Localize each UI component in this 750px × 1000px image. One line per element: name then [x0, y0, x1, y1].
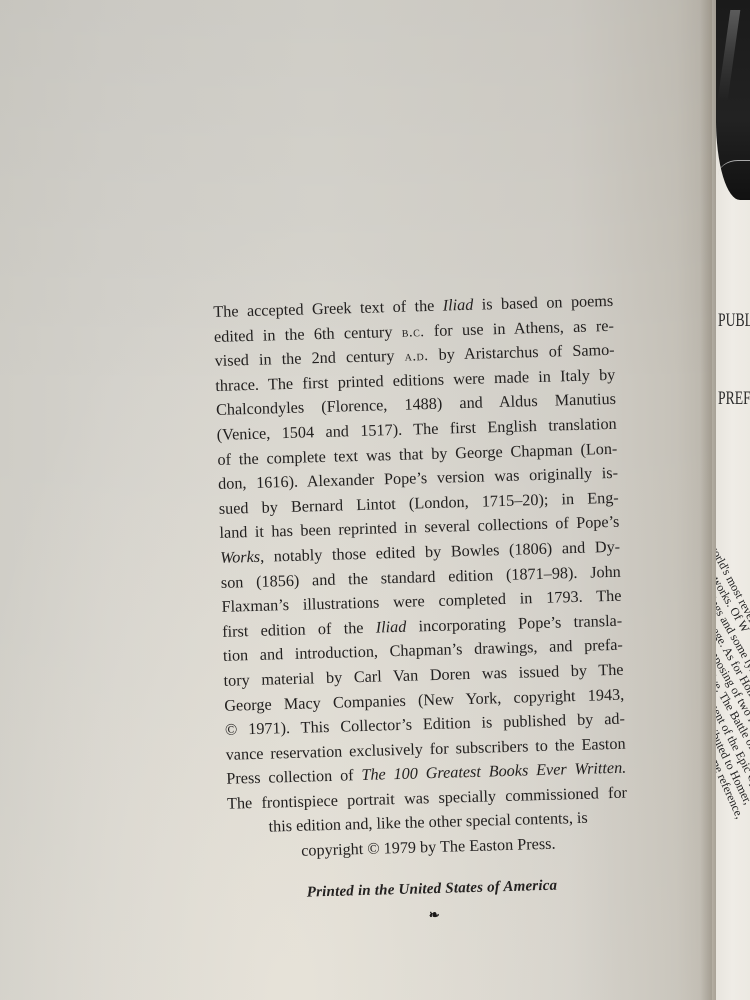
- title-works: Works: [220, 548, 260, 567]
- book-spread-photo: The accepted Greek text of the Iliad is …: [0, 0, 750, 1000]
- facing-heading-publisher: PUBLIS: [718, 310, 750, 332]
- facing-page: PUBLIS PREF world's most rever r works. …: [716, 0, 750, 1000]
- title-iliad: Iliad: [443, 296, 474, 315]
- facing-heading-preface: PREF: [718, 388, 750, 410]
- frontispiece-plate-edge: [716, 0, 750, 200]
- colophon-text-block: The accepted Greek text of the Iliad is …: [213, 289, 631, 934]
- title-iliad: Iliad: [376, 617, 407, 636]
- title-100-greatest-books: The 100 Greatest Books Ever Written.: [361, 759, 626, 784]
